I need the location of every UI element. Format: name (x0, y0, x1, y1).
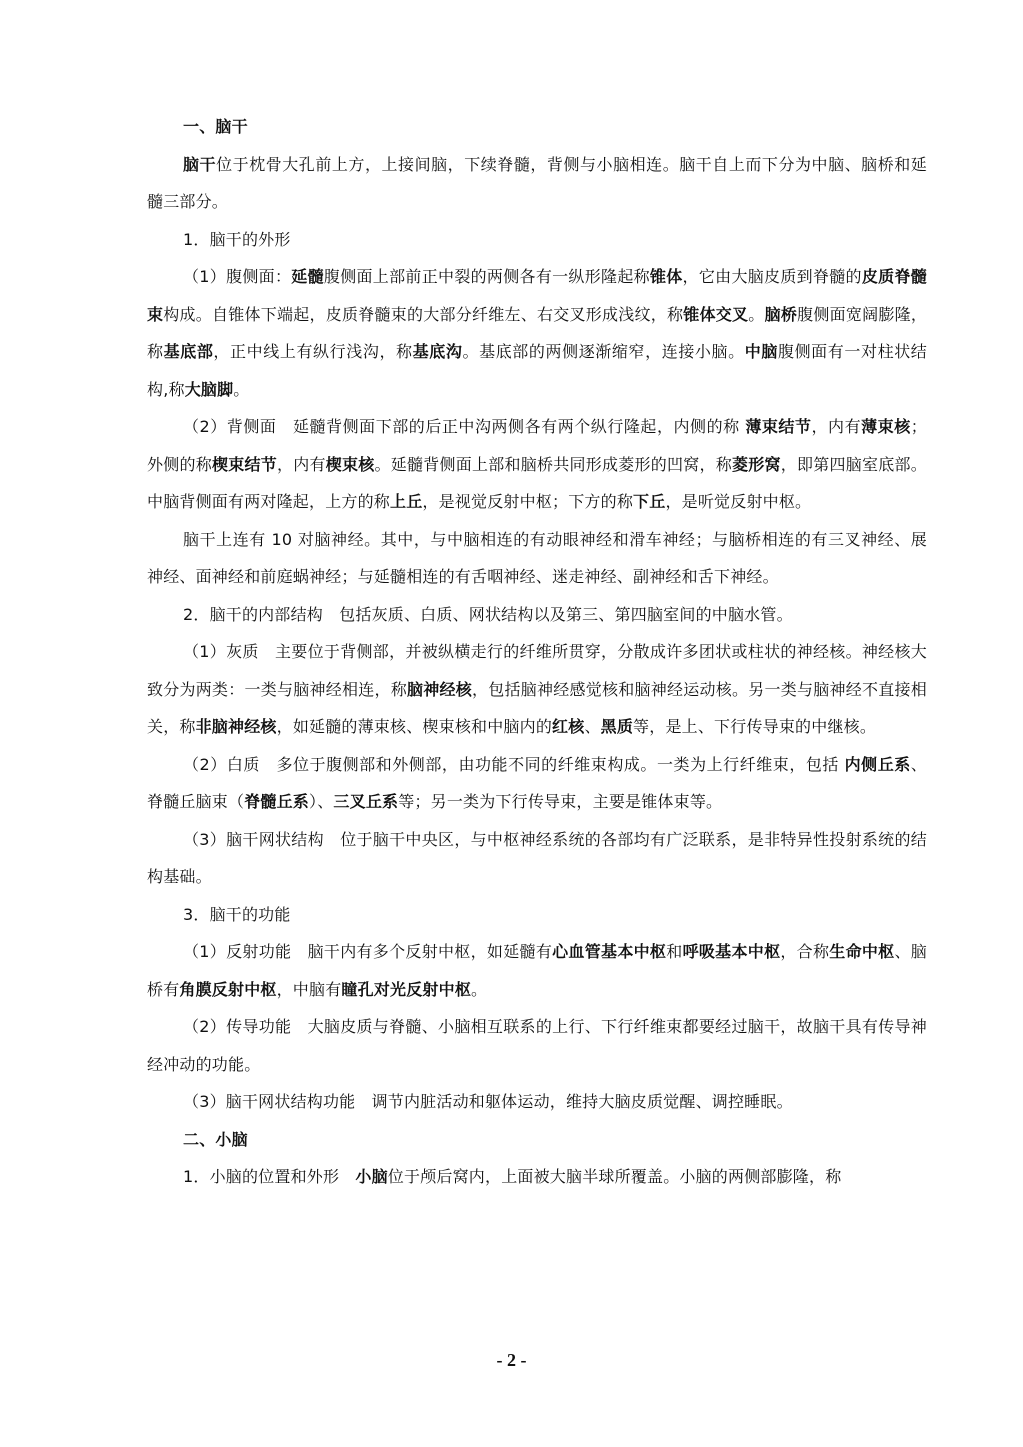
text-segment: （3）脑干网状结构功能 调节内脏活动和躯体运动，维持大脑皮质觉醒、调控睡眠。 (183, 1092, 793, 1111)
bold-term: 上丘 (390, 492, 422, 511)
document-page: 一、脑干脑干位于枕骨大孔前上方，上接间脑，下续脊髓，背侧与小脑相连。脑干自上而下… (147, 108, 927, 1196)
body-paragraph: （2）背侧面 延髓背侧面下部的后正中沟两侧各有两个纵行隆起，内侧的称 薄束结节，… (147, 408, 927, 521)
bold-term: 楔束结节 (212, 455, 277, 474)
bold-term: 楔束核 (326, 455, 375, 474)
bold-term: 二、小脑 (183, 1130, 248, 1149)
bold-term: 锥体交叉 (683, 305, 748, 324)
bold-term: 一、脑干 (183, 117, 248, 136)
bold-term: 基底部 (164, 342, 214, 361)
bold-term: 薄束结节 (745, 417, 811, 436)
bold-term: 脊髓丘系 (244, 792, 309, 811)
section-heading: 一、脑干 (147, 108, 927, 146)
text-segment: 1．脑干的外形 (183, 230, 291, 249)
text-segment: （1）反射功能 脑干内有多个反射中枢，如延髓有 (183, 942, 552, 961)
bold-term: 小脑 (355, 1167, 387, 1186)
bold-term: 下丘 (633, 492, 665, 511)
body-paragraph: （1）灰质 主要位于背侧部，并被纵横走行的纤维所贯穿，分散成许多团状或柱状的神经… (147, 633, 927, 746)
text-segment: 。 (233, 380, 249, 399)
subsection-heading: 3．脑干的功能 (147, 896, 927, 934)
text-segment: （2）背侧面 延髓背侧面下部的后正中沟两侧各有两个纵行隆起，内侧的称 (183, 417, 745, 436)
text-segment: 1．小脑的位置和外形 (183, 1167, 355, 1186)
body-paragraph: 脑干上连有 10 对脑神经。其中，与中脑相连的有动眼神经和滑车神经；与脑桥相连的… (147, 521, 927, 596)
text-segment: ，它由大脑皮质到脊髓的 (683, 267, 862, 286)
body-paragraph: （1）反射功能 脑干内有多个反射中枢，如延髓有心血管基本中枢和呼吸基本中枢，合称… (147, 933, 927, 1008)
text-segment: ，正中线上有纵行浅沟，称 (213, 342, 412, 361)
body-paragraph: （2）白质 多位于腹侧部和外侧部，由功能不同的纤维束构成。一类为上行纤维束，包括… (147, 746, 927, 821)
document-body: 一、脑干脑干位于枕骨大孔前上方，上接间脑，下续脊髓，背侧与小脑相连。脑干自上而下… (147, 108, 927, 1196)
text-segment: ，如延髓的薄束核、楔束核和中脑内的 (277, 717, 552, 736)
text-segment: （2）白质 多位于腹侧部和外侧部，由功能不同的纤维束构成。一类为上行纤维束，包括 (183, 755, 845, 774)
bold-term: 延髓 (291, 267, 324, 286)
section-heading: 二、小脑 (147, 1121, 927, 1159)
text-segment: （3）脑干网状结构 位于脑干中央区，与中枢神经系统的各部均有广泛联系，是非特异性… (147, 830, 927, 887)
bold-term: 锥体 (650, 267, 683, 286)
bold-term: 菱形窝 (732, 455, 781, 474)
bold-term: 薄束核 (861, 417, 911, 436)
body-paragraph: （3）脑干网状结构功能 调节内脏活动和躯体运动，维持大脑皮质觉醒、调控睡眠。 (147, 1083, 927, 1121)
text-segment: ，是听觉反射中枢。 (665, 492, 811, 511)
bold-term: 大脑脚 (185, 380, 234, 399)
subsection-heading: 2．脑干的内部结构 包括灰质、白质、网状结构以及第三、第四脑室间的中脑水管。 (147, 596, 927, 634)
bold-term: 红核 (552, 717, 584, 736)
page-number: - 2 - (0, 1350, 1023, 1371)
text-segment: 、 (584, 717, 600, 736)
bold-term: 生命中枢 (829, 942, 894, 961)
text-segment: 。基底部的两侧逐渐缩窄，连接小脑。 (462, 342, 744, 361)
body-paragraph: 1．小脑的位置和外形 小脑位于颅后窝内，上面被大脑半球所覆盖。小脑的两侧部膨隆，… (147, 1158, 927, 1196)
text-segment: 3．脑干的功能 (183, 905, 291, 924)
bold-term: 脑神经核 (407, 680, 472, 699)
bold-term: 心血管基本中枢 (552, 942, 666, 961)
text-segment: 等，是上、下行传导束的中继核。 (633, 717, 876, 736)
bold-term: 呼吸基本中枢 (683, 942, 781, 961)
text-segment: ，内有 (812, 417, 862, 436)
text-segment: （2）传导功能 大脑皮质与脊髓、小脑相互联系的上行、下行纤维束都要经过脑干，故脑… (147, 1017, 927, 1074)
body-paragraph: 脑干位于枕骨大孔前上方，上接间脑，下续脊髓，背侧与小脑相连。脑干自上而下分为中脑… (147, 146, 927, 221)
text-segment: 等；另一类为下行传导束，主要是锥体束等。 (398, 792, 722, 811)
bold-term: 非脑神经核 (196, 717, 277, 736)
body-paragraph: （3）脑干网状结构 位于脑干中央区，与中枢神经系统的各部均有广泛联系，是非特异性… (147, 821, 927, 896)
text-segment: 2．脑干的内部结构 包括灰质、白质、网状结构以及第三、第四脑室间的中脑水管。 (183, 605, 793, 624)
text-segment: 构成。自锥体下端起，皮质脊髓束的大部分纤维左、右交叉形成浅纹，称 (163, 305, 683, 324)
subsection-heading: 1．脑干的外形 (147, 221, 927, 259)
body-paragraph: （2）传导功能 大脑皮质与脊髓、小脑相互联系的上行、下行纤维束都要经过脑干，故脑… (147, 1008, 927, 1083)
text-segment: 脑干上连有 10 对脑神经。其中，与中脑相连的有动眼神经和滑车神经；与脑桥相连的… (147, 530, 927, 587)
text-segment: 位于颅后窝内，上面被大脑半球所覆盖。小脑的两侧部膨隆，称 (388, 1167, 842, 1186)
body-paragraph: （1）腹侧面：延髓腹侧面上部前正中裂的两侧各有一纵形隆起称锥体，它由大脑皮质到脊… (147, 258, 927, 408)
text-segment: ）、 (309, 792, 333, 811)
text-segment: ，中脑有 (277, 980, 342, 999)
bold-term: 黑质 (601, 717, 633, 736)
bold-term: 内侧丘系 (845, 755, 911, 774)
bold-term: 中脑 (745, 342, 778, 361)
bold-term: 脑桥 (765, 305, 798, 324)
bold-term: 脑干 (183, 155, 216, 174)
text-segment: 位于枕骨大孔前上方，上接间脑，下续脊髓，背侧与小脑相连。脑干自上而下分为中脑、脑… (147, 155, 927, 212)
text-segment: ，合称 (780, 942, 829, 961)
text-segment: 和 (666, 942, 682, 961)
bold-term: 三叉丘系 (333, 792, 398, 811)
text-segment: 腹侧面上部前正中裂的两侧各有一纵形隆起称 (324, 267, 650, 286)
bold-term: 角膜反射中枢 (179, 980, 276, 999)
text-segment: ，内有 (277, 455, 326, 474)
text-segment: 。延髓背侧面上部和脑桥共同形成菱形的凹窝，称 (375, 455, 733, 474)
text-segment: 。 (748, 305, 764, 324)
bold-term: 基底沟 (413, 342, 463, 361)
text-segment: 。 (471, 980, 487, 999)
bold-term: 瞳孔对光反射中枢 (341, 980, 471, 999)
text-segment: （1）腹侧面： (183, 267, 291, 286)
text-segment: ，是视觉反射中枢；下方的称 (422, 492, 633, 511)
